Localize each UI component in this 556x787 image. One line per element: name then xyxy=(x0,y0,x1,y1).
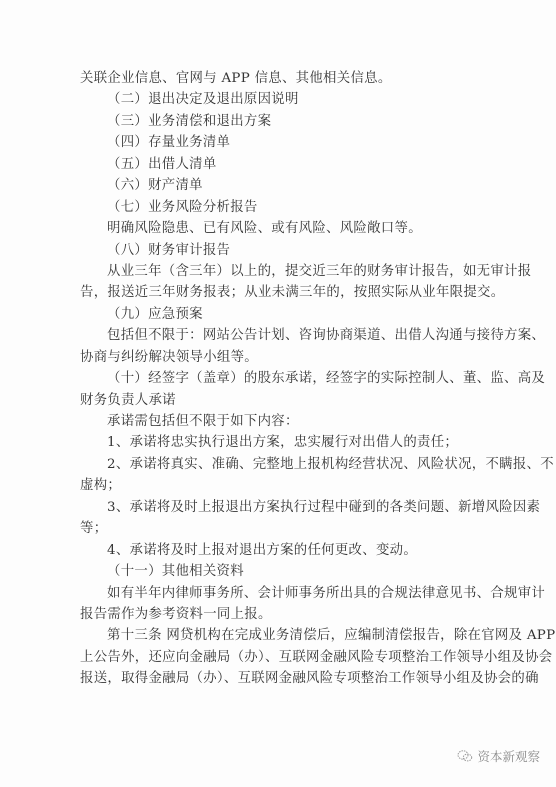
text-line: 上公告外，还应向金融局（办）、互联网金融风险专项整治工作领导小组及协会 xyxy=(80,647,466,668)
text-line: 第十三条 网贷机构在完成业务清偿后，应编制清偿报告，除在官网及 APP xyxy=(80,625,466,646)
text-line: 从业三年（含三年）以上的，提交近三年的财务审计报告，如无审计报 xyxy=(80,261,466,282)
text-line: （十一）其他相关资料 xyxy=(80,561,466,582)
text-line: 关联企业信息、官网与 APP 信息、其他相关信息。 xyxy=(80,68,466,89)
text-line: 2、承诺将真实、准确、完整地上报机构经营状况、风险状况，不瞒报、不 xyxy=(80,454,466,475)
wechat-icon xyxy=(457,749,473,763)
text-line: （四）存量业务清单 xyxy=(80,132,466,153)
text-line: 明确风险隐患、已有风险、或有风险、风险敞口等。 xyxy=(80,218,466,239)
text-line: （七）业务风险分析报告 xyxy=(80,197,466,218)
text-line: （十）经签字（盖章）的股东承诺，经签字的实际控制人、董、监、高及 xyxy=(80,368,466,389)
watermark: 资本新观察 xyxy=(457,747,540,765)
text-line: 1、承诺将忠实执行退出方案，忠实履行对出借人的责任； xyxy=(80,432,466,453)
text-line: 等； xyxy=(80,518,466,539)
text-line: 报送，取得金融局（办）、互联网金融风险专项整治工作领导小组及协会的确 xyxy=(80,668,466,689)
document-page: 关联企业信息、官网与 APP 信息、其他相关信息。（二）退出决定及退出原因说明（… xyxy=(0,0,556,787)
text-line: （二）退出决定及退出原因说明 xyxy=(80,89,466,110)
text-line: （五）出借人清单 xyxy=(80,154,466,175)
text-line: 如有半年内律师事务所、会计师事务所出具的合规法律意见书、合规审计 xyxy=(80,583,466,604)
watermark-text: 资本新观察 xyxy=(477,747,540,765)
text-line: 协商与纠纷解决领导小组等。 xyxy=(80,347,466,368)
text-line: 包括但不限于：网站公告计划、咨询协商渠道、出借人沟通与接待方案、 xyxy=(80,325,466,346)
text-line: 虚构； xyxy=(80,475,466,496)
text-line: 财务负责人承诺 xyxy=(80,390,466,411)
text-line: 承诺需包括但不限于如下内容： xyxy=(80,411,466,432)
text-line: 报告需作为参考资料一同上报。 xyxy=(80,604,466,625)
document-body: 关联企业信息、官网与 APP 信息、其他相关信息。（二）退出决定及退出原因说明（… xyxy=(80,68,466,690)
text-line: 4、承诺将及时上报对退出方案的任何更改、变动。 xyxy=(80,540,466,561)
text-line: （六）财产清单 xyxy=(80,175,466,196)
text-line: 3、承诺将及时上报退出方案执行过程中碰到的各类问题、新增风险因素 xyxy=(80,497,466,518)
text-line: （八）财务审计报告 xyxy=(80,240,466,261)
text-line: （三）业务清偿和退出方案 xyxy=(80,111,466,132)
text-line: 告，报送近三年财务报表；从业未满三年的，按照实际从业年限提交。 xyxy=(80,282,466,303)
text-line: （九）应急预案 xyxy=(80,304,466,325)
